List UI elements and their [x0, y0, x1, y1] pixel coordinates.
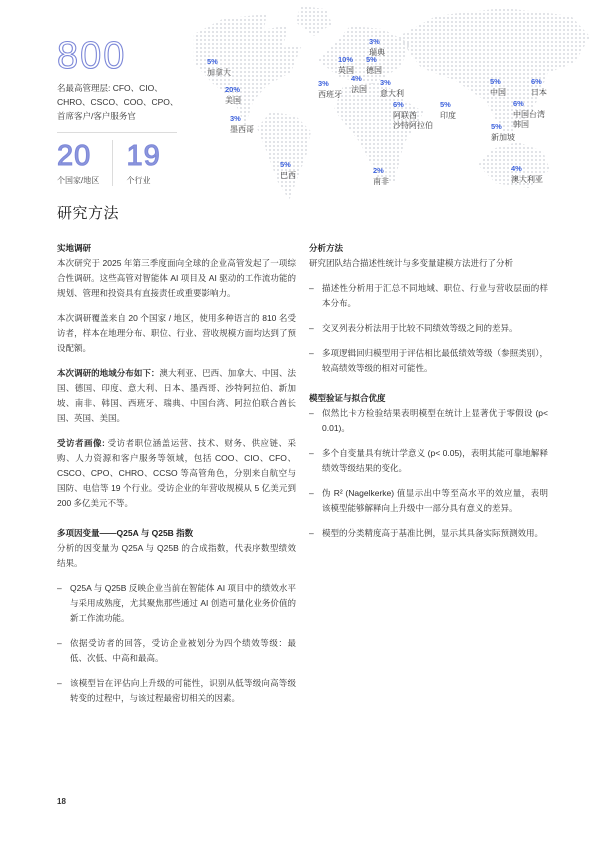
- respondents-caption: 名最高管理层: CFO、CIO、CHRO、CSCO、COO、CPO、首席客户/客…: [57, 81, 181, 123]
- map-label-巴西: 5%巴西: [280, 160, 296, 181]
- heading-model-validation: 模型验证与拟合优度: [309, 391, 548, 406]
- map-label-percentage: 5%: [207, 57, 231, 68]
- map-label-country-name: 意大利: [380, 89, 404, 100]
- bullet-dash: –: [57, 581, 62, 596]
- column-analysis-method: 分析方法 研究团队结合描述性统计与多变量建模方法进行了分析 –描述性分析用于汇总…: [309, 241, 548, 716]
- map-label-percentage: 3%: [318, 79, 342, 90]
- paragraph-lead: 受访者画像:: [57, 438, 108, 448]
- bullet-dash: –: [309, 446, 314, 461]
- bullet-dash: –: [57, 636, 62, 651]
- bullet-item: –交叉列表分析法用于比较不同绩效等级之间的差异。: [309, 321, 548, 336]
- bullet-text: 该模型旨在评估向上升级的可能性，识别从低等级向高等级转变的过程中，与该过程最密切…: [70, 678, 296, 703]
- map-label-percentage: 5%: [366, 55, 382, 66]
- map-label-percentage: 4%: [511, 164, 543, 175]
- bullet-item: –依据受访者的回答，受访企业被划分为四个绩效等级：最低、次低、中高和最高。: [57, 636, 296, 666]
- paragraph: 本次调研的地域分布如下：澳大利亚、巴西、加拿大、中国、法国、德国、印度、意大利、…: [57, 366, 296, 426]
- map-label-percentage: 3%: [380, 78, 404, 89]
- bullet-list: –似然比卡方检验结果表明模型在统计上显著优于零假设 (p< 0.01)。–多个自…: [309, 406, 548, 541]
- bullet-item: –多项逻辑回归模型用于评估相比最低绩效等级（参照类别），较高绩效等级的相对可能性…: [309, 346, 548, 376]
- bullet-text: Q25A 与 Q25B 反映企业当前在智能体 AI 项目中的绩效水平与采用成熟度…: [70, 583, 296, 623]
- map-label-country-name: 韩国: [513, 120, 545, 131]
- map-label-印度: 5%印度: [440, 100, 456, 121]
- map-label-country-name: 西班牙: [318, 90, 342, 101]
- map-label-country-name: 新加坡: [491, 133, 515, 144]
- bullet-text: 依据受访者的回答，受访企业被划分为四个绩效等级：最低、次低、中高和最高。: [70, 638, 296, 663]
- map-label-加拿大: 5%加拿大: [207, 57, 231, 78]
- map-label-新加坡: 5%新加坡: [491, 122, 515, 143]
- bullet-item: –Q25A 与 Q25B 反映企业当前在智能体 AI 项目中的绩效水平与采用成熟…: [57, 581, 296, 626]
- paragraph: 本次调研覆盖来自 20 个国家 / 地区，使用多种语言的 810 名受访者，样本…: [57, 311, 296, 356]
- respondents-count: 800: [57, 36, 181, 76]
- bullet-dash: –: [309, 321, 314, 336]
- countries-label: 个国家/地区: [57, 175, 112, 186]
- countries-count: 20: [57, 140, 112, 172]
- stat-industries: 19 个行业: [112, 140, 182, 186]
- map-continent-south-america: [252, 112, 314, 200]
- map-label-country-name: 澳大利亚: [511, 175, 543, 186]
- map-label-percentage: 5%: [440, 100, 456, 111]
- heading-field-research: 实地调研: [57, 241, 296, 256]
- bullet-item: –模型的分类精度高于基准比例，显示其具备实际预测效用。: [309, 526, 548, 541]
- map-label-percentage: 4%: [351, 74, 367, 85]
- stats-row: 20 个国家/地区 19 个行业: [57, 140, 181, 186]
- bullet-item: –描述性分析用于汇总不同地域、职位、行业与营收层面的样本分布。: [309, 281, 548, 311]
- bullet-dash: –: [309, 526, 314, 541]
- map-label-英国: 10%英国: [338, 55, 354, 76]
- map-label-country-name: 巴西: [280, 171, 296, 182]
- bullet-text: 模型的分类精度高于基准比例，显示其具备实际预测效用。: [322, 528, 543, 538]
- map-label-澳大利亚: 4%澳大利亚: [511, 164, 543, 185]
- bullet-text: 伪 R² (Nagelkerke) 值显示出中等至高水平的效应量，表明该模型能够…: [322, 488, 548, 513]
- heading-analysis-method: 分析方法: [309, 241, 548, 256]
- bullet-dash: –: [309, 281, 314, 296]
- map-label-percentage: 3%: [230, 114, 254, 125]
- paragraph: 分析的因变量为 Q25A 与 Q25B 的合成指数，代表序数型绩效结果。: [57, 541, 296, 571]
- column-field-research: 实地调研 本次研究于 2025 年第三季度面向全球的企业高管发起了一项综合性调研…: [57, 241, 296, 716]
- map-label-country-name: 墨西哥: [230, 125, 254, 136]
- bullet-text: 描述性分析用于汇总不同地域、职位、行业与营收层面的样本分布。: [322, 283, 548, 308]
- heading-dependent-variables: 多项因变量——Q25A 与 Q25B 指数: [57, 526, 296, 541]
- map-label-percentage: 6%: [393, 100, 433, 111]
- map-label-德国: 5%德国: [366, 55, 382, 76]
- map-label-country-name: 法国: [351, 85, 367, 96]
- bullet-text: 似然比卡方检验结果表明模型在统计上显著优于零假设 (p< 0.01)。: [322, 408, 548, 433]
- map-label-percentage: 6%: [531, 77, 547, 88]
- map-label-percentage: 6%: [513, 99, 545, 110]
- bullet-dash: –: [309, 346, 314, 361]
- map-label-西班牙: 3%西班牙: [318, 79, 342, 100]
- map-label-美国: 20%美国: [225, 85, 241, 106]
- map-label-country-name: 中国台湾: [513, 110, 545, 121]
- bullet-item: –该模型旨在评估向上升级的可能性，识别从低等级向高等级转变的过程中，与该过程最密…: [57, 676, 296, 706]
- paragraph: 研究团队结合描述性统计与多变量建模方法进行了分析: [309, 256, 548, 271]
- map-label-percentage: 5%: [490, 77, 506, 88]
- paragraph-lead: 本次调研的地域分布如下：: [57, 368, 159, 378]
- map-label-法国: 4%法国: [351, 74, 367, 95]
- bullet-text: 多项逻辑回归模型用于评估相比最低绩效等级（参照类别），较高绩效等级的相对可能性。: [322, 348, 548, 373]
- bullet-text: 交叉列表分析法用于比较不同绩效等级之间的差异。: [322, 323, 518, 333]
- map-continent-greenland: [292, 6, 332, 36]
- map-label-country-name: 沙特阿拉伯: [393, 121, 433, 132]
- bullet-dash: –: [309, 406, 314, 421]
- paragraph: 本次研究于 2025 年第三季度面向全球的企业高管发起了一项综合性调研。这些高管…: [57, 256, 296, 301]
- map-continent-north-america: [183, 14, 318, 126]
- bullet-list: –描述性分析用于汇总不同地域、职位、行业与营收层面的样本分布。–交叉列表分析法用…: [309, 281, 548, 376]
- map-label-country-name: 日本: [531, 88, 547, 99]
- map-label-country-name: 中国: [490, 88, 506, 99]
- industries-count: 19: [127, 140, 182, 172]
- body-columns: 实地调研 本次研究于 2025 年第三季度面向全球的企业高管发起了一项综合性调研…: [57, 241, 549, 716]
- bullet-dash: –: [309, 486, 314, 501]
- bullet-list: –Q25A 与 Q25B 反映企业当前在智能体 AI 项目中的绩效水平与采用成熟…: [57, 581, 296, 706]
- bullet-item: –伪 R² (Nagelkerke) 值显示出中等至高水平的效应量，表明该模型能…: [309, 486, 548, 516]
- map-label-阿联酋: 6%阿联酋沙特阿拉伯: [393, 100, 433, 132]
- map-label-country-name: 加拿大: [207, 68, 231, 79]
- map-label-中国: 5%中国: [490, 77, 506, 98]
- map-label-意大利: 3%意大利: [380, 78, 404, 99]
- report-page: 5%加拿大20%美国3%墨西哥5%巴西3%瑞典10%英国5%德国4%法国3%西班…: [0, 0, 596, 842]
- map-label-country-name: 美国: [225, 96, 241, 107]
- map-label-country-name: 印度: [440, 111, 456, 122]
- map-label-日本: 6%日本: [531, 77, 547, 98]
- stats-divider: [57, 132, 177, 133]
- bullet-item: –似然比卡方检验结果表明模型在统计上显著优于零假设 (p< 0.01)。: [309, 406, 548, 436]
- map-label-中国台湾: 6%中国台湾韩国: [513, 99, 545, 131]
- map-label-country-name: 德国: [366, 66, 382, 77]
- page-number: 18: [57, 797, 66, 806]
- bullet-dash: –: [57, 676, 62, 691]
- map-label-南非: 2%南非: [373, 166, 389, 187]
- map-label-percentage: 5%: [280, 160, 296, 171]
- map-label-percentage: 5%: [491, 122, 515, 133]
- survey-stats-block: 800 名最高管理层: CFO、CIO、CHRO、CSCO、COO、CPO、首席…: [57, 36, 181, 186]
- map-label-percentage: 3%: [369, 37, 385, 48]
- paragraph: 受访者画像: 受访者职位涵盖运营、技术、财务、供应链、采购、人力资源和客户服务等…: [57, 436, 296, 511]
- industries-label: 个行业: [127, 175, 182, 186]
- map-label-country-name: 阿联酋: [393, 111, 433, 122]
- map-label-country-name: 南非: [373, 177, 389, 188]
- stat-countries: 20 个国家/地区: [57, 140, 112, 186]
- map-label-墨西哥: 3%墨西哥: [230, 114, 254, 135]
- page-title: 研究方法: [57, 202, 119, 223]
- paragraph-text: 受访者职位涵盖运营、技术、财务、供应链、采购、人力资源和客户服务等领域，包括 C…: [57, 438, 296, 508]
- map-label-percentage: 2%: [373, 166, 389, 177]
- map-label-percentage: 20%: [225, 85, 241, 96]
- bullet-item: –多个自变量具有统计学意义 (p< 0.05)，表明其能可靠地解释绩效等级结果的…: [309, 446, 548, 476]
- bullet-text: 多个自变量具有统计学意义 (p< 0.05)，表明其能可靠地解释绩效等级结果的变…: [322, 448, 548, 473]
- map-label-percentage: 10%: [338, 55, 354, 66]
